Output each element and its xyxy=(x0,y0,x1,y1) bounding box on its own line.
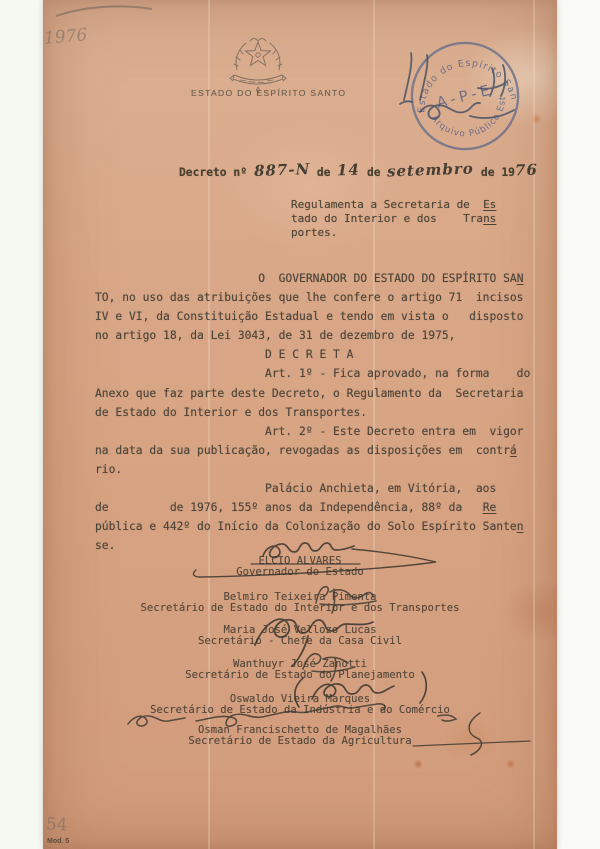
form-model-label: Mod. 5 xyxy=(47,838,69,845)
signatory-title: Secretário de Estado do Interior e dos T… xyxy=(43,603,557,614)
signatory: Oswaldo Vieira MarquesSecretário de Esta… xyxy=(43,694,557,717)
signatory-title: Secretário de Estado da Indústria e do C… xyxy=(43,705,557,716)
signatory: ELCIO ALVARESGovernador do Estado xyxy=(43,556,557,579)
signatory: Wanthuyr José ZanottiSecretário de Estad… xyxy=(43,659,557,682)
signatory-title: Secretário de Estado do Planejamento xyxy=(43,670,557,681)
signatory: Osman Francischetto de MagalhãesSecretár… xyxy=(43,725,557,748)
signatory-title: Secretário - Chefe da Casa Civil xyxy=(43,636,557,647)
signatory-title: Governador do Estado xyxy=(43,567,557,578)
signatory: Maria José Vellozo LucasSecretário - Che… xyxy=(43,625,557,648)
scanned-decree-page: { "page": { "pencil_year": "1976", "penc… xyxy=(0,0,600,849)
pencil-index-number: 54 xyxy=(45,814,68,835)
signatory-title: Secretário de Estado da Agricultura xyxy=(43,736,557,747)
signature-block: ELCIO ALVARESGovernador do EstadoBelmiro… xyxy=(43,0,557,849)
signatory: Belmiro Teixeira PimentaSecretário de Es… xyxy=(43,592,557,615)
